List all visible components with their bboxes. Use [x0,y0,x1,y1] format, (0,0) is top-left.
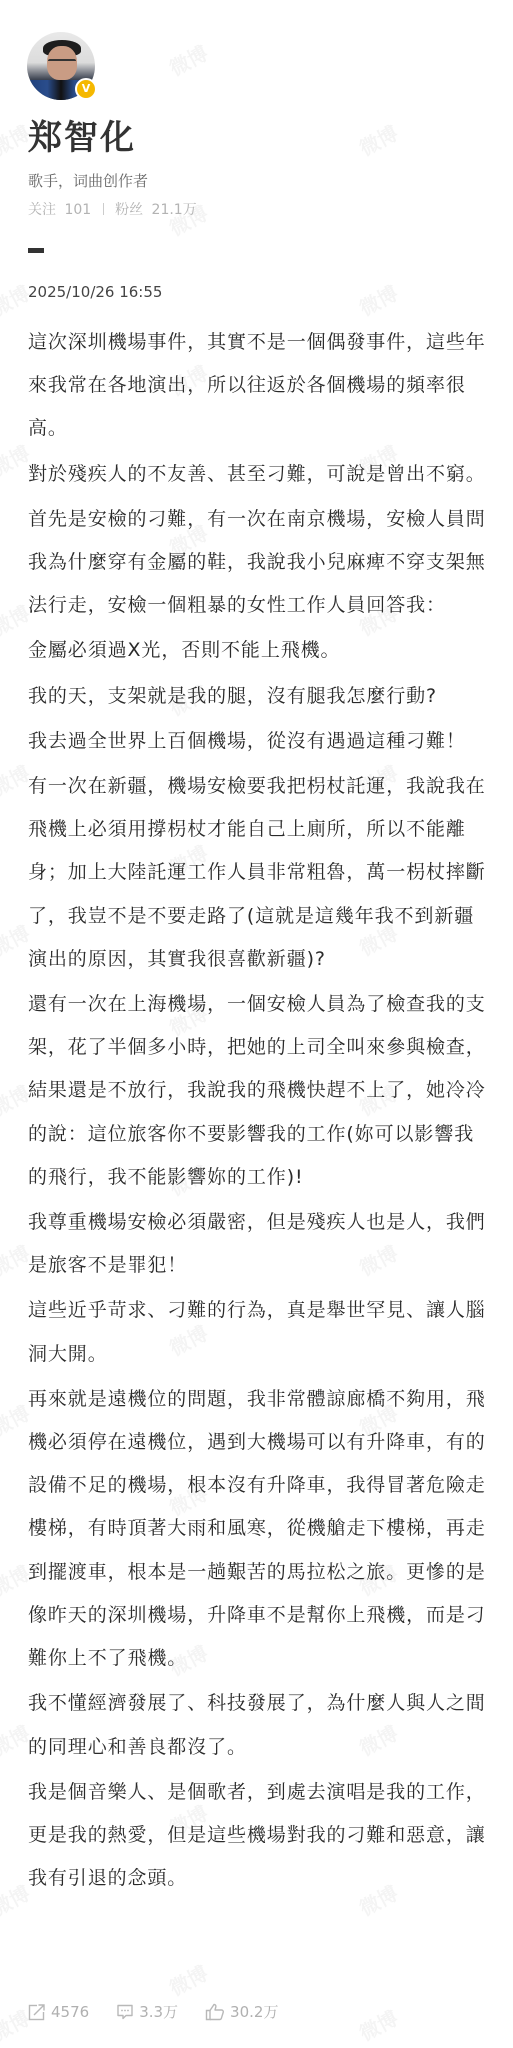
section-divider [28,248,44,253]
post-actions-bar: 4576 3.3万 30.2万 [28,2001,305,2022]
followers-label: 粉丝 [115,202,143,218]
comment-icon [116,2003,134,2021]
following-link[interactable]: 关注 101 [28,202,96,218]
post-content: 這次深圳機場事件，其實不是一個偶發事件，這些年來我常在各地演出，所以往返於各個機… [28,321,490,1902]
like-button[interactable]: 30.2万 [205,2001,278,2022]
watermark: 微博 [354,2002,403,2046]
profile-bio: 歌手，词曲创作者 [28,170,148,191]
watermark: 微博 [354,117,403,161]
post-paragraph: 金屬必須過X光，否則不能上飛機。 [28,629,490,672]
post-paragraph: 這些近乎苛求、刁難的行為，真是舉世罕見、讓人腦洞大開。 [28,1289,490,1375]
post-paragraph: 再來就是遠機位的問題，我非常體諒廊橋不夠用，飛機必須停在遠機位，遇到大機場可以有… [28,1378,490,1680]
comment-count: 3.3万 [139,2001,178,2022]
post-timestamp: 2025/10/26 16:55 [28,283,162,301]
profile-stats: 关注 101 粉丝 21.1万 [28,199,197,219]
followers-count: 21.1万 [152,202,197,218]
post-paragraph: 我尊重機場安檢必須嚴密，但是殘疾人也是人，我們是旅客不是罪犯！ [28,1201,490,1287]
repost-button[interactable]: 4576 [28,2003,89,2021]
post-paragraph: 我去過全世界上百個機場，從沒有遇過這種刁難！ [28,720,490,763]
repost-count: 4576 [51,2003,89,2021]
post-paragraph: 我的天，支架就是我的腿，沒有腿我怎麼行動? [28,675,490,718]
followers-link[interactable]: 粉丝 21.1万 [115,202,197,218]
like-count: 30.2万 [230,2001,278,2022]
post-paragraph: 首先是安檢的刁難，有一次在南京機場，安檢人員問我為什麼穿有金屬的鞋，我說我小兒麻… [28,498,490,628]
thumbs-up-icon [205,2003,225,2021]
post-paragraph: 這次深圳機場事件，其實不是一個偶發事件，這些年來我常在各地演出，所以往返於各個機… [28,321,490,451]
following-label: 关注 [28,202,56,218]
verified-badge-icon: V [75,78,97,100]
stats-divider [103,203,104,215]
watermark: 微博 [164,1957,213,2001]
post-paragraph: 還有一次在上海機場，一個安檢人員為了檢查我的支架，花了半個多小時，把她的上司全叫… [28,983,490,1199]
watermark: 微博 [164,37,213,81]
watermark: 微博 [354,277,403,321]
share-icon [28,2003,46,2021]
comment-button[interactable]: 3.3万 [116,2001,178,2022]
profile-name[interactable]: 郑智化 [28,110,136,159]
following-count: 101 [64,202,91,218]
post-paragraph: 對於殘疾人的不友善、甚至刁難，可說是曾出不窮。 [28,453,490,496]
avatar-glasses [48,59,76,66]
post-paragraph: 有一次在新疆，機場安檢要我把枴杖託運，我說我在飛機上必須用撐枴杖才能自己上廁所，… [28,765,490,981]
post-paragraph: 我是個音樂人、是個歌者，到處去演唱是我的工作，更是我的熱愛，但是這些機場對我的刁… [28,1771,490,1901]
post-paragraph: 我不懂經濟發展了、科技發展了，為什麼人與人之間的同理心和善良都沒了。 [28,1682,490,1768]
avatar[interactable]: V [27,32,97,102]
